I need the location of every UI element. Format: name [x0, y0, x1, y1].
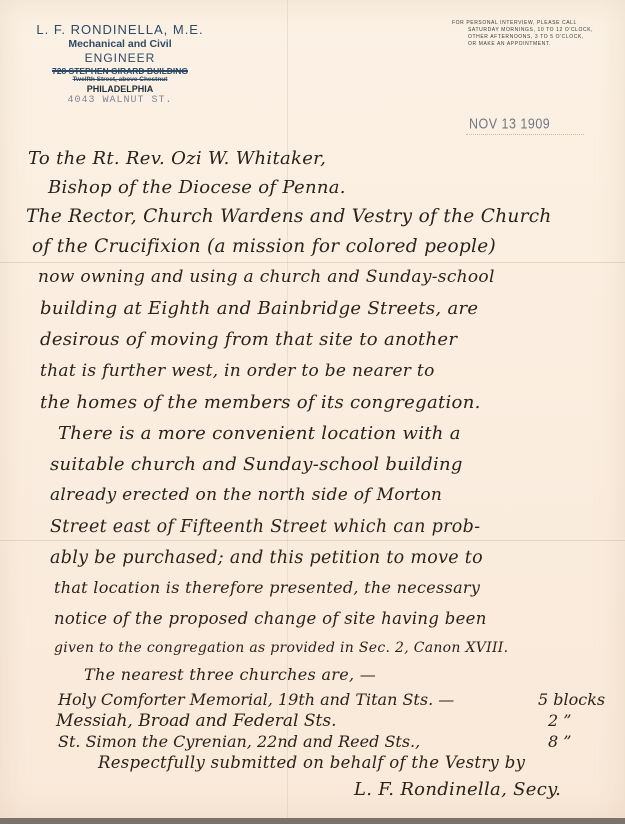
church-distance: 8 ” — [548, 732, 571, 751]
body-line: The nearest three churches are, — — [84, 665, 376, 684]
salutation-line: Bishop of the Diocese of Penna. — [48, 177, 346, 198]
handwritten-letter-body: To the Rt. Rev. Ozi W. Whitaker, Bishop … — [0, 0, 625, 818]
page-bottom-edge — [0, 818, 625, 824]
body-line: given to the congregation as provided in… — [54, 640, 508, 656]
church-list-item: St. Simon the Cyrenian, 22nd and Reed St… — [58, 732, 420, 751]
salutation-line: To the Rt. Rev. Ozi W. Whitaker, — [28, 148, 326, 169]
body-line: desirous of moving from that site to ano… — [40, 329, 457, 350]
body-line: building at Eighth and Bainbridge Street… — [40, 298, 478, 319]
body-line: the homes of the members of its congrega… — [40, 392, 481, 413]
church-list-item: Holy Comforter Memorial, 19th and Titan … — [58, 690, 454, 709]
church-list-item: Messiah, Broad and Federal Sts. — [56, 711, 336, 731]
body-line: Street east of Fifteenth Street which ca… — [50, 517, 480, 537]
body-line: now owning and using a church and Sunday… — [38, 267, 495, 287]
body-line: There is a more convenient location with… — [58, 423, 461, 444]
body-line: that is further west, in order to be nea… — [40, 361, 435, 381]
church-distance: 2 ” — [548, 711, 571, 730]
body-line: notice of the proposed change of site ha… — [54, 609, 487, 628]
body-line: that location is therefore presented, th… — [54, 578, 480, 597]
body-line: already erected on the north side of Mor… — [50, 485, 442, 505]
church-distance: 5 blocks — [538, 690, 605, 709]
body-line: ably be purchased; and this petition to … — [50, 548, 483, 568]
body-line: The Rector, Church Wardens and Vestry of… — [26, 206, 552, 227]
body-line: of the Crucifixion (a mission for colore… — [32, 236, 496, 257]
closing-line: Respectfully submitted on behalf of the … — [98, 753, 525, 772]
body-line: suitable church and Sunday-school buildi… — [50, 454, 463, 475]
signature: L. F. Rondinella, Secy. — [354, 779, 561, 800]
